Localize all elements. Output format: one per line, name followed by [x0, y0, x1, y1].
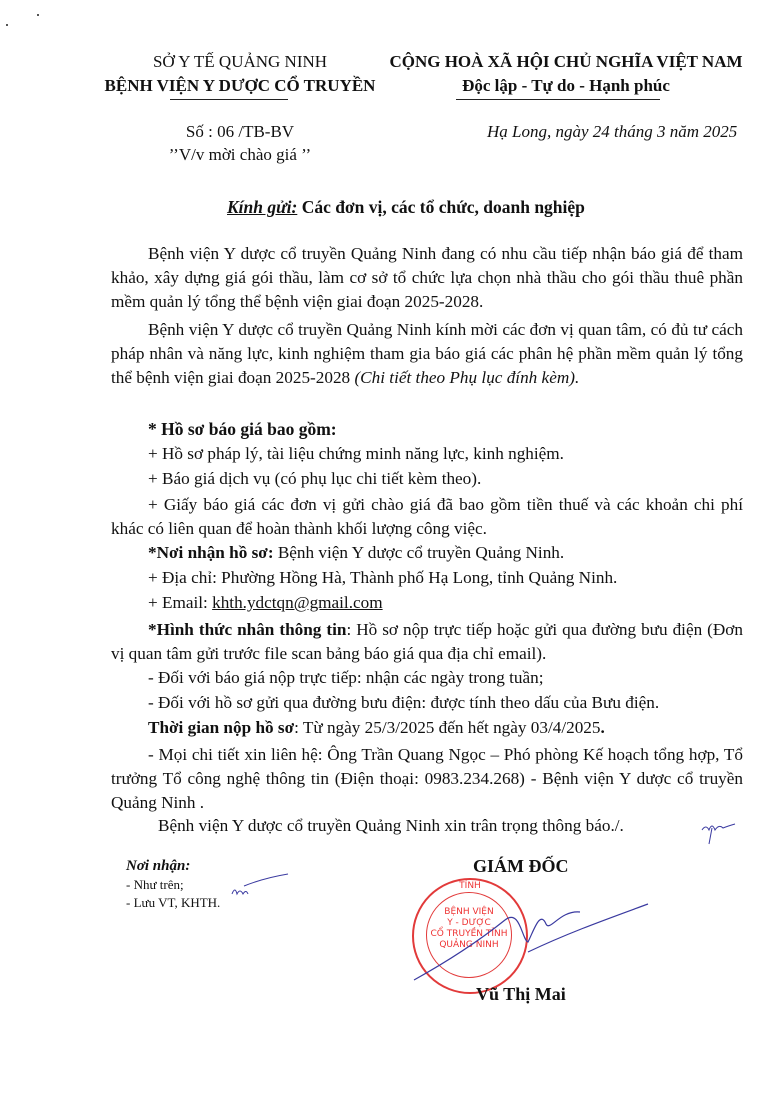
deadline-value: : Từ ngày 25/3/2025 đến hết ngày 03/4/20…: [294, 718, 600, 737]
address-line: + Địa chỉ: Phường Hồng Hà, Thành phố Hạ …: [148, 568, 617, 588]
invitation-paragraph: Bệnh viện Y dược cổ truyền Quảng Ninh kí…: [111, 318, 743, 390]
receive-value: Bệnh viện Y dược cổ truyền Quảng Ninh.: [274, 543, 565, 562]
method-paragraph: *Hình thức nhân thông tin: Hồ sơ nộp trự…: [111, 618, 743, 666]
contact-paragraph: - Mọi chi tiết xin liên hệ: Ông Trần Qua…: [111, 743, 743, 815]
docs-item: + Hồ sơ pháp lý, tài liệu chứng minh năn…: [148, 444, 564, 464]
director-title: GIÁM ĐỐC: [473, 856, 569, 877]
deadline-label: Thời gian nộp hồ sơ: [148, 718, 294, 737]
deadline-line: Thời gian nộp hồ sơ: Từ ngày 25/3/2025 đ…: [148, 718, 605, 738]
closing-line: Bệnh viện Y dược cổ truyền Quảng Ninh xi…: [158, 816, 624, 836]
motto-underline: [456, 99, 660, 100]
docs-item: + Báo giá dịch vụ (có phụ lục chi tiết k…: [148, 469, 481, 489]
email-label: + Email:: [148, 593, 212, 612]
direct-submission: - Đối với báo giá nộp trực tiếp: nhận cá…: [148, 668, 543, 688]
scan-speck: [37, 14, 39, 16]
deadline-end: .: [601, 718, 605, 737]
intro-paragraph: Bệnh viện Y dược cổ truyền Quảng Ninh đa…: [111, 242, 743, 314]
hospital-name: BỆNH VIỆN Y DƯỢC CỔ TRUYỀN: [80, 76, 400, 96]
hospital-underline: [170, 99, 288, 100]
initial-mark: [700, 812, 740, 848]
appendix-note: (Chi tiết theo Phụ lục đính kèm).: [354, 368, 579, 387]
document-subject: ’’V/v mời chào giá ’’: [80, 145, 400, 165]
director-name: Vũ Thị Mai: [476, 984, 566, 1005]
place-date: Hạ Long, ngày 24 tháng 3 năm 2025: [487, 122, 737, 142]
method-label: *Hình thức nhân thông tin: [148, 620, 346, 639]
director-signature: [410, 880, 650, 990]
post-submission: - Đối với hồ sơ gửi qua đường bưu điện: …: [148, 693, 659, 713]
email-link[interactable]: khth.ydctqn@gmail.com: [212, 593, 383, 612]
initials-signature: [230, 872, 290, 902]
recipient-value: Các đơn vị, các tổ chức, doanh nghiệp: [297, 197, 585, 217]
scan-speck: [6, 24, 8, 26]
national-motto: Độc lập - Tự do - Hạnh phúc: [376, 76, 756, 96]
recipient-label: Kính gửi:: [227, 197, 297, 217]
recipients-item: - Như trên;: [126, 877, 184, 893]
docs-heading: * Hồ sơ báo giá bao gồm:: [148, 419, 337, 440]
recipients-item: - Lưu VT, KHTH.: [126, 895, 220, 911]
nation-title: CỘNG HOÀ XÃ HỘI CHỦ NGHĨA VIỆT NAM: [376, 52, 756, 72]
receive-label: *Nơi nhận hồ sơ:: [148, 543, 274, 562]
document-number: Số : 06 /TB-BV: [80, 122, 400, 142]
recipient-line: Kính gửi: Các đơn vị, các tổ chức, doanh…: [227, 197, 585, 218]
department-name: SỞ Y TẾ QUẢNG NINH: [80, 52, 400, 72]
email-line: + Email: khth.ydctqn@gmail.com: [148, 593, 383, 613]
docs-item: + Giấy báo giá các đơn vị gửi chào giá đ…: [111, 493, 743, 541]
recipients-heading: Nơi nhận:: [126, 858, 190, 875]
receive-line: *Nơi nhận hồ sơ: Bệnh viện Y dược cổ tru…: [148, 543, 564, 563]
